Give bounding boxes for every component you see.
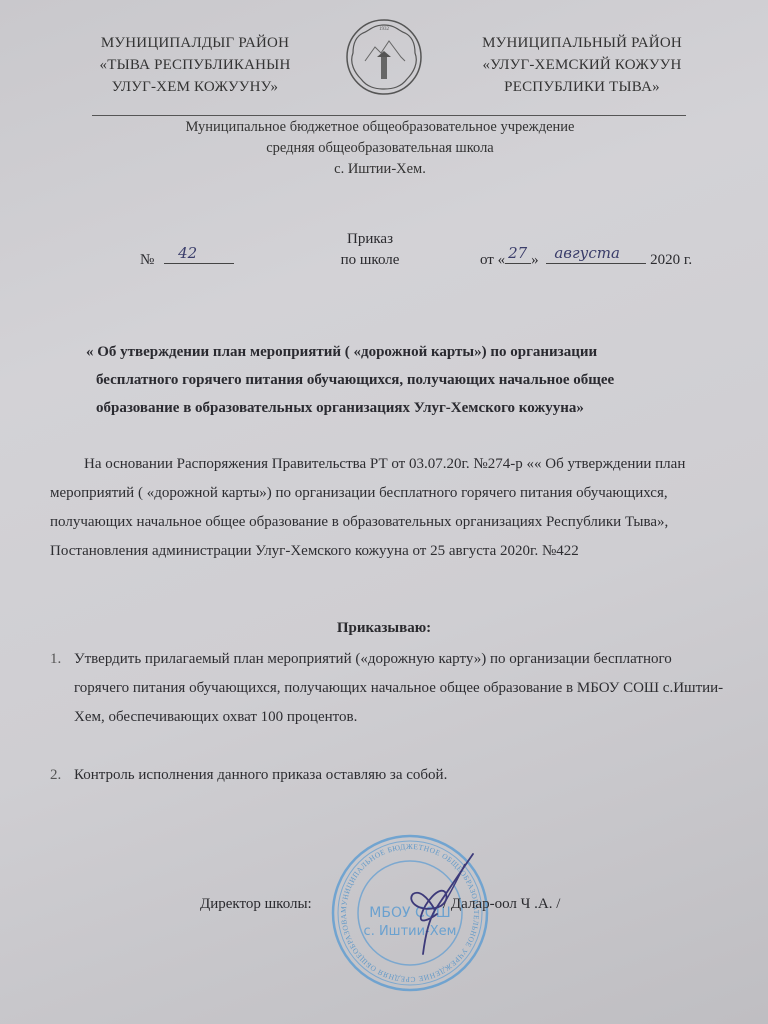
order-title-line-1: Приказ xyxy=(300,229,440,250)
order-number-value: 42 xyxy=(178,244,197,262)
header-left-line-3: УЛУГ-ХЕМ КОЖУУНУ» xyxy=(70,76,320,98)
item-text: Утвердить прилагаемый план мероприятий (… xyxy=(74,645,730,732)
order-date: от «27» августа 2020 г. xyxy=(480,247,692,269)
header-right-line-1: МУНИЦИПАЛЬНЫЙ РАЙОН xyxy=(452,32,712,54)
institution-line-3: с. Иштии-Хем. xyxy=(120,159,640,180)
date-day: 27 xyxy=(508,244,527,262)
director-label: Директор школы: xyxy=(200,896,312,913)
order-number-label: № xyxy=(140,252,154,268)
directive-list: 1. Утвердить прилагаемый план мероприяти… xyxy=(50,645,730,790)
order-number-field: 42 xyxy=(164,247,234,264)
directive-heading: Приказываю: xyxy=(0,620,768,637)
header-right-line-2: «УЛУГ-ХЕМСКИЙ КОЖУУН xyxy=(452,54,712,76)
subject-line-2: бесплатного горячего питания обучающихся… xyxy=(86,366,686,394)
header-divider xyxy=(92,115,686,116)
institution-block: Муниципальное бюджетное общеобразователь… xyxy=(120,117,640,180)
date-month: августа xyxy=(554,244,620,262)
basis-paragraph: На основании Распоряжения Правительства … xyxy=(50,450,720,566)
header-left-line-1: МУНИЦИПАЛДЫГ РАЙОН xyxy=(70,32,320,54)
header-right-block: МУНИЦИПАЛЬНЫЙ РАЙОН «УЛУГ-ХЕМСКИЙ КОЖУУН… xyxy=(452,32,712,98)
date-month-field: августа xyxy=(546,247,646,264)
order-title: Приказ по школе xyxy=(300,229,440,271)
header-left-line-2: «ТЫВА РЕСПУБЛИКАНЫН xyxy=(70,54,320,76)
item-number: 1. xyxy=(50,645,74,732)
svg-text:1932: 1932 xyxy=(379,27,390,32)
handwritten-signature xyxy=(395,850,485,960)
header-left-block: МУНИЦИПАЛДЫГ РАЙОН «ТЫВА РЕСПУБЛИКАНЫН У… xyxy=(70,32,320,98)
header-right-line-3: РЕСПУБЛИКИ ТЫВА» xyxy=(452,76,712,98)
subject-line-1: « Об утверждении план мероприятий ( «дор… xyxy=(86,338,686,366)
date-year: 2020 г. xyxy=(650,252,692,268)
institution-line-2: средняя общеобразовательная школа xyxy=(120,138,640,159)
date-day-field: 27 xyxy=(505,247,531,264)
order-title-line-2: по школе xyxy=(300,250,440,271)
coat-of-arms-emblem-icon: 1932 xyxy=(343,17,425,97)
item-text: Контроль исполнения данного приказа оста… xyxy=(74,761,447,790)
item-number: 2. xyxy=(50,761,74,790)
order-subject: « Об утверждении план мероприятий ( «дор… xyxy=(86,338,686,422)
directive-item: 1. Утвердить прилагаемый план мероприяти… xyxy=(50,645,730,732)
institution-line-1: Муниципальное бюджетное общеобразователь… xyxy=(120,117,640,138)
subject-line-3: образование в образовательных организаци… xyxy=(86,394,686,422)
date-prefix: от « xyxy=(480,252,505,268)
directive-item: 2. Контроль исполнения данного приказа о… xyxy=(50,761,730,790)
order-number: № 42 xyxy=(140,247,234,269)
date-mid: » xyxy=(531,252,539,268)
